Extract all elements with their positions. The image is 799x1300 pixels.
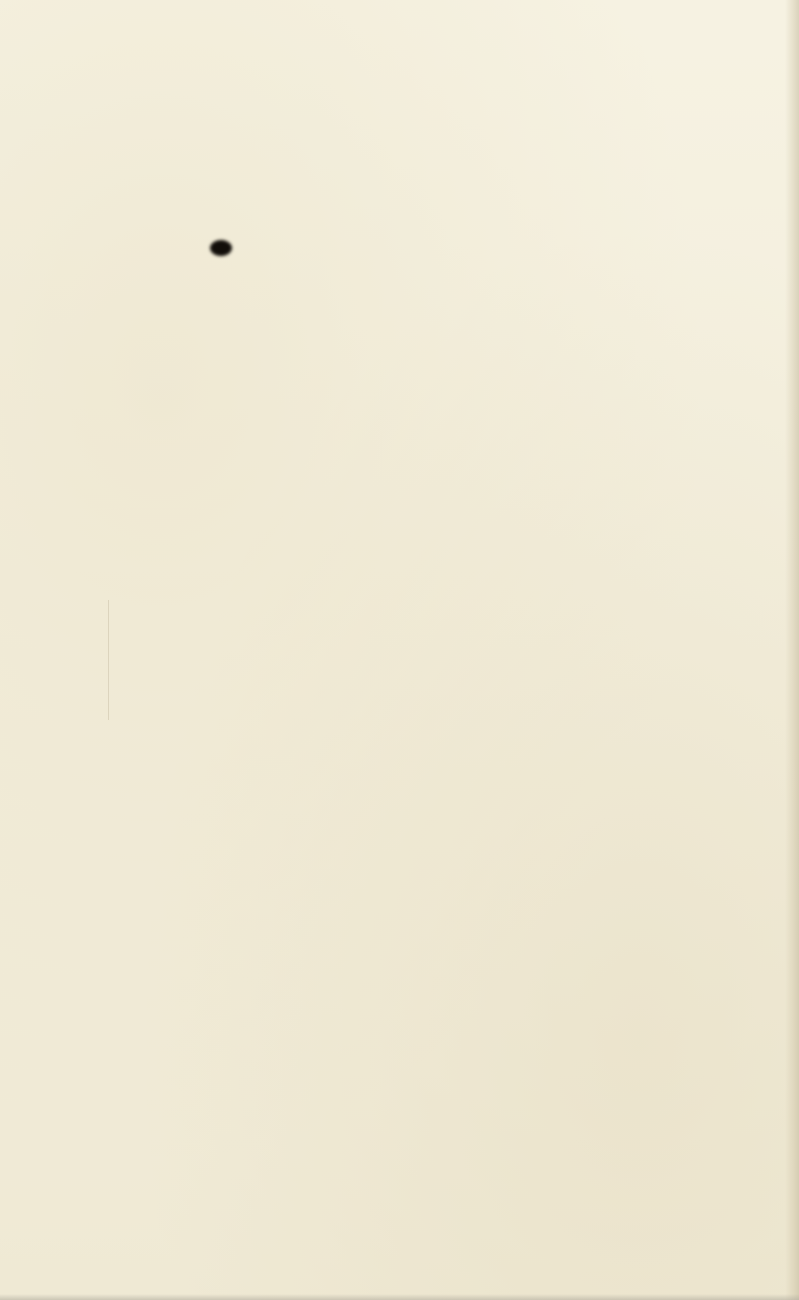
letter-page: [0, 0, 799, 1300]
paper-edge-right: [785, 0, 799, 1300]
paper-edge-bottom: [0, 1294, 799, 1300]
paper-crease: [108, 600, 109, 720]
ink-blot: [210, 240, 232, 256]
